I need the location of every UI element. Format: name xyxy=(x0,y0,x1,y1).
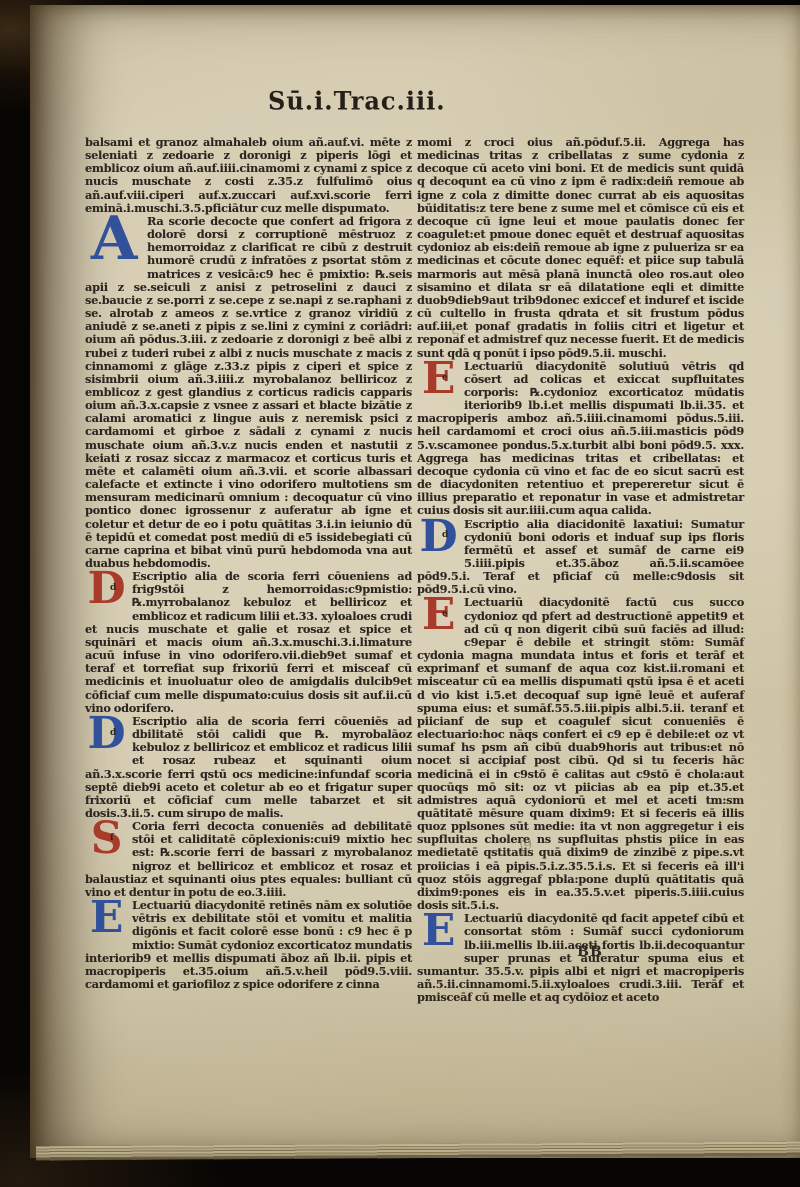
paragraph-text: Escriptio alia de scoria ferri cōueniēs … xyxy=(85,714,412,820)
guide-letter: d xyxy=(442,531,448,540)
illuminated-initial-d-blue: Dd xyxy=(417,519,460,557)
illuminated-initial-d-blue: Dd xyxy=(85,716,128,754)
illuminated-initial-e-red: Ee xyxy=(417,597,460,635)
paragraph-text: Coria ferri decocta conueniēs ad debilit… xyxy=(85,819,412,899)
paragraph-text: Lectuariū diacydonitē retinēs nām ex sol… xyxy=(85,898,412,991)
paragraph-text: balsami et granoz almahaleb oium añ.auf.… xyxy=(85,135,412,215)
illuminated-initial-d-red: Dd xyxy=(85,571,128,609)
text-column-left: balsami et granoz almahaleb oium añ.auf.… xyxy=(85,136,412,991)
paragraph-text: momi z croci oius añ.pōduf.5.ii. Aggrega… xyxy=(417,135,744,360)
illuminated-initial-e-blue: E xyxy=(85,900,128,938)
illuminated-initial-e-blue: E xyxy=(417,913,460,951)
text-paragraph: ARa scorie decocte que confert ad frigor… xyxy=(85,215,412,570)
paragraph-text: Lectuariū diacydonitē solutiuū vētris qd… xyxy=(417,359,744,518)
paragraph-text: Escriptio alia de scoria ferri cōueniens… xyxy=(85,569,412,715)
text-paragraph: DdEscriptio alia de scoria ferri cōueniē… xyxy=(85,715,412,820)
text-paragraph: DdEscriptio alia de scoria ferri cōuenie… xyxy=(85,570,412,715)
text-paragraph: EeLectuariū diacydonitē solutiuū vētris … xyxy=(417,360,744,518)
paragraph-text: Escriptio alia diacidonitē laxatiui: Sum… xyxy=(417,517,744,597)
text-paragraph: ELectuariū diacydonitē retinēs nām ex so… xyxy=(85,899,412,991)
guide-letter: e xyxy=(442,610,447,619)
illuminated-initial-e-red: Ee xyxy=(417,361,460,399)
running-head: Sū.i.Trac.iii. xyxy=(268,85,446,115)
paragraph-text: Lectuariū diacydonitē factū cus succo cy… xyxy=(417,595,744,912)
text-column-right: momi z croci oius añ.pōduf.5.ii. Aggrega… xyxy=(417,136,744,1004)
text-paragraph: EeLectuariū diacydonitē factū cus succo … xyxy=(417,596,744,912)
guide-letter: e xyxy=(442,374,447,383)
text-paragraph: momi z croci oius añ.pōduf.5.ii. Aggrega… xyxy=(417,136,744,360)
guide-letter: ſ xyxy=(110,834,114,843)
illuminated-initial-a-blue: A xyxy=(85,216,143,267)
text-paragraph: DdEscriptio alia diacidonitē laxatiui: S… xyxy=(417,518,744,597)
guide-letter: d xyxy=(110,584,116,593)
guide-letter: d xyxy=(110,729,116,738)
illuminated-initial-s-red: Sſ xyxy=(85,821,128,859)
text-paragraph: SſCoria ferri decocta conueniēs ad debil… xyxy=(85,820,412,899)
page-edge-stack xyxy=(36,1142,800,1161)
quire-signature: BB xyxy=(540,944,640,960)
